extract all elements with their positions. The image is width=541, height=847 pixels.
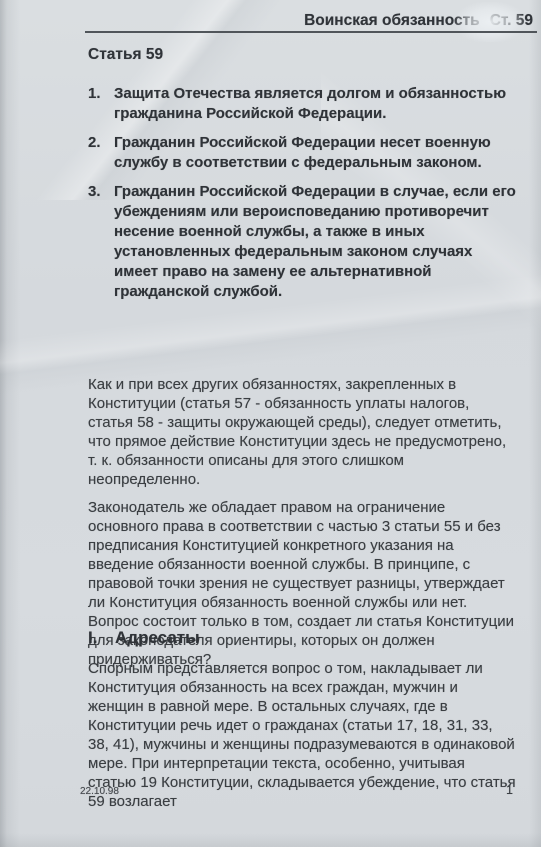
running-header-article-ref: Ст. 59 [490,12,533,29]
clause-text: Защита Отечества является долгом и обяза… [114,84,516,124]
section-heading: I. Адресаты [88,628,200,648]
running-header: Воинская обязанностьСт. 59 [85,12,533,30]
clause-text: Гражданин Российской Федерации в случае,… [114,182,516,302]
footer-page-number: 1 [506,783,513,797]
clause-number: 3. [88,182,114,302]
law-clause-2: 2. Гражданин Российской Федерации несет … [88,133,516,173]
clause-text: Гражданин Российской Федерации несет вое… [114,133,516,173]
clause-number: 1. [88,84,114,124]
commentary-paragraph-1: Как и при всех других обязанностях, закр… [88,375,516,489]
header-rule [85,31,537,33]
article-heading: Статья 59 [88,46,163,64]
section-title: Адресаты [115,628,200,648]
law-clause-1: 1. Защита Отечества является долгом и об… [88,84,516,124]
scanned-document-page: Воинская обязанностьСт. 59 Статья 59 1. … [0,0,541,847]
section-number: I. [88,628,115,648]
law-clause-list: 1. Защита Отечества является долгом и об… [88,84,516,311]
law-clause-3: 3. Гражданин Российской Федерации в случ… [88,182,516,302]
footer-date: 22.10.98 [80,786,119,797]
running-header-title: Воинская обязанность [304,12,480,29]
clause-number: 2. [88,133,114,173]
page-footer: 22.10.98 1 [80,783,513,797]
